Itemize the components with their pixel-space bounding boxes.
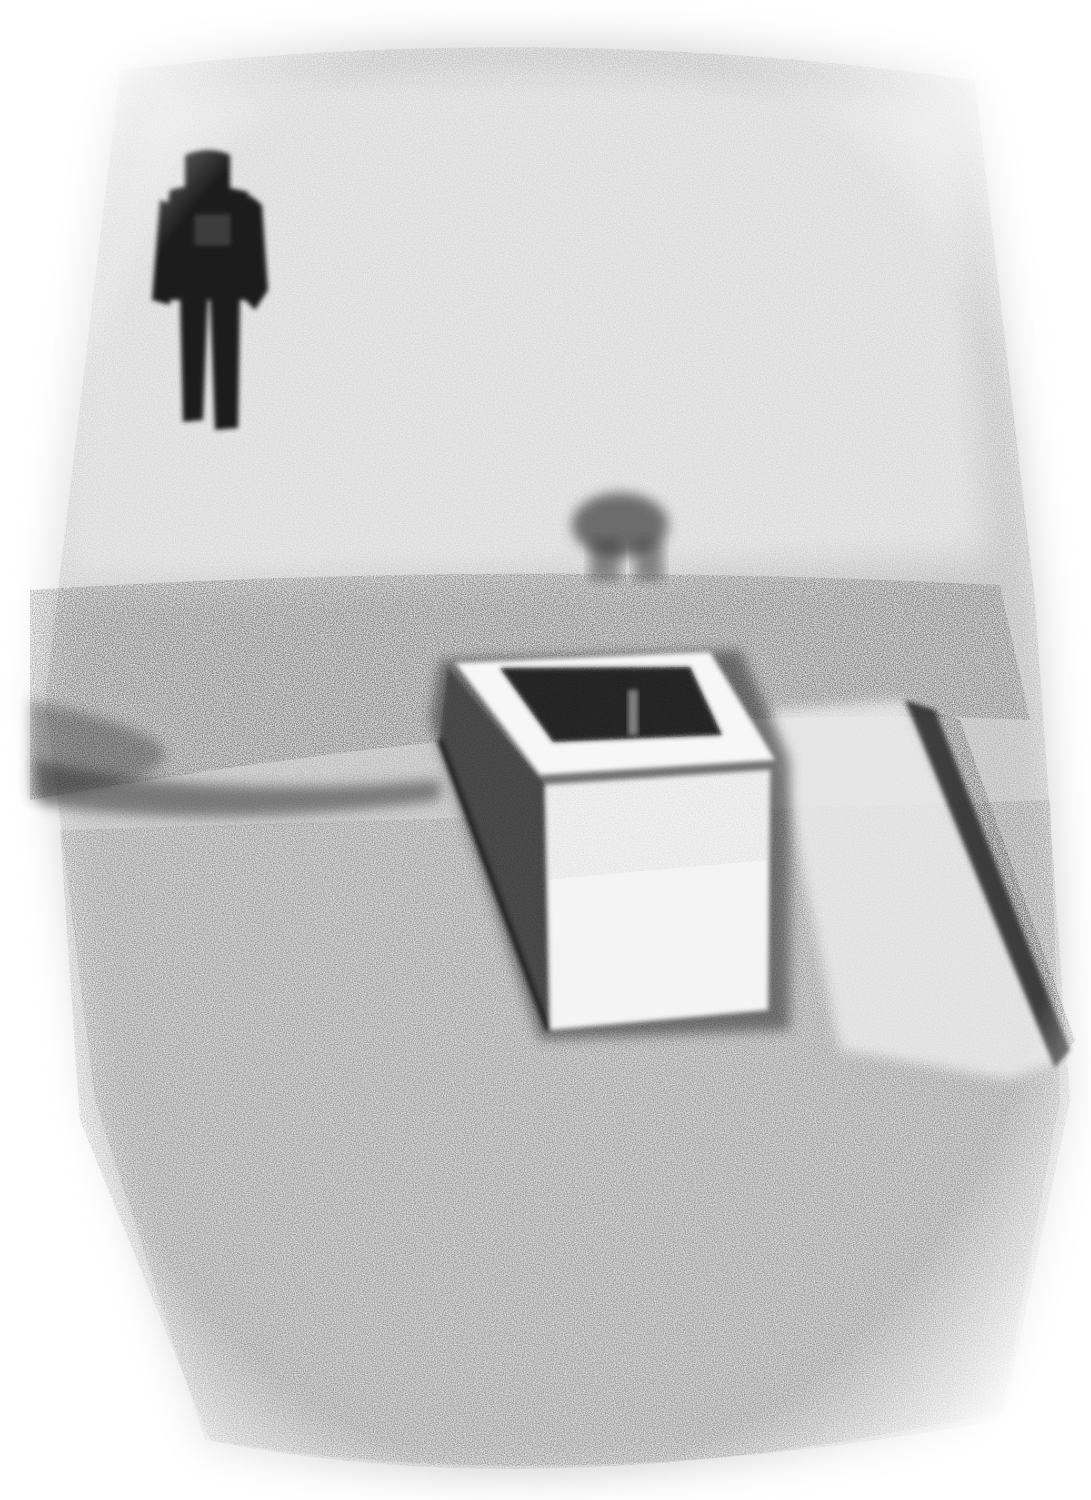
- scene: [0, 0, 1091, 1500]
- drawing-canvas: graphite / charcoal drawing on paper: [0, 0, 1091, 1500]
